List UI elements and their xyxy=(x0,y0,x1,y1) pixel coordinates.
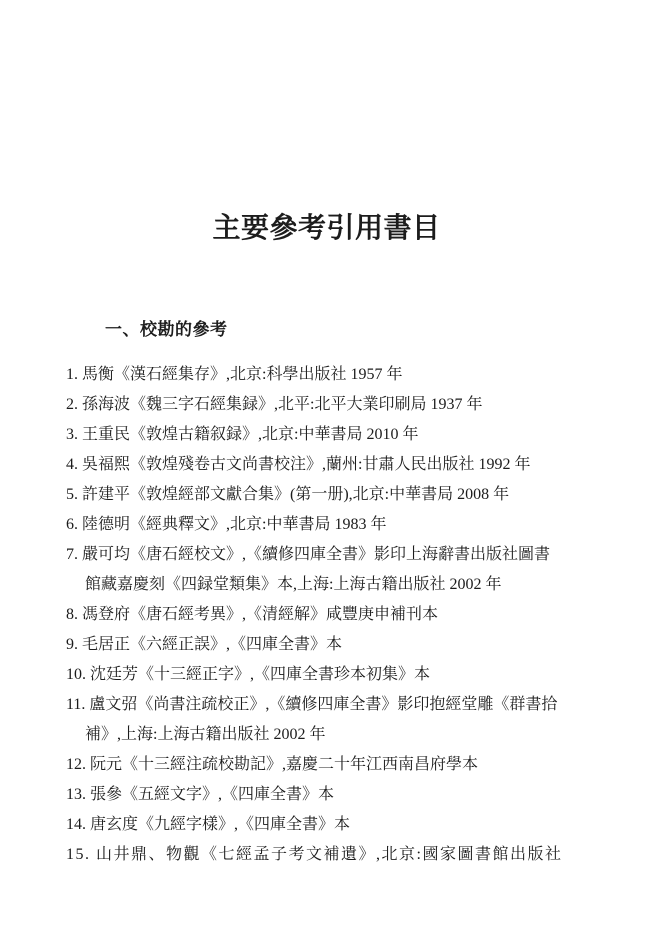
bibliography-entry-line: 11. 盧文弨《尚書注疏校正》,《續修四庫全書》影印抱經堂雕《群書拾 xyxy=(66,690,611,720)
bibliography-entry: 9. 毛居正《六經正誤》,《四庫全書》本 xyxy=(66,630,611,660)
bibliography-entry: 2. 孫海波《魏三字石經集録》,北平:北平大業印刷局 1937 年 xyxy=(66,390,611,420)
bibliography-entry-line: 6. 陸德明《經典釋文》,北京:中華書局 1983 年 xyxy=(66,510,611,540)
bibliography-entry-line: 4. 吳福熙《敦煌殘卷古文尚書校注》,蘭州:甘肅人民出版社 1992 年 xyxy=(66,450,611,480)
book-page: 主要參考引用書目 一、校勘的參考 1. 馬衡《漢石經集存》,北京:科學出版社 1… xyxy=(0,0,653,931)
bibliography-entry-line: 1. 馬衡《漢石經集存》,北京:科學出版社 1957 年 xyxy=(66,360,611,390)
bibliography-entry: 5. 許建平《敦煌經部文獻合集》(第一册),北京:中華書局 2008 年 xyxy=(66,480,611,510)
bibliography-list: 1. 馬衡《漢石經集存》,北京:科學出版社 1957 年 2. 孫海波《魏三字石… xyxy=(66,360,611,870)
bibliography-entry-line: 14. 唐玄度《九經字樣》,《四庫全書》本 xyxy=(66,810,611,840)
bibliography-entry: 12. 阮元《十三經注疏校勘記》,嘉慶二十年江西南昌府學本 xyxy=(66,750,611,780)
bibliography-entry-continuation-line: 補》,上海:上海古籍出版社 2002 年 xyxy=(66,720,611,750)
bibliography-entry: 4. 吳福熙《敦煌殘卷古文尚書校注》,蘭州:甘肅人民出版社 1992 年 xyxy=(66,450,611,480)
bibliography-entry-line: 2. 孫海波《魏三字石經集録》,北平:北平大業印刷局 1937 年 xyxy=(66,390,611,420)
bibliography-entry: 8. 馮登府《唐石經考異》,《清經解》咸豐庚申補刊本 xyxy=(66,600,611,630)
bibliography-entry: 1. 馬衡《漢石經集存》,北京:科學出版社 1957 年 xyxy=(66,360,611,390)
page-title: 主要參考引用書目 xyxy=(0,212,653,246)
bibliography-entry-line: 8. 馮登府《唐石經考異》,《清經解》咸豐庚申補刊本 xyxy=(66,600,611,630)
bibliography-entry-continuation-line: 館藏嘉慶刻《四録堂類集》本,上海:上海古籍出版社 2002 年 xyxy=(66,570,611,600)
bibliography-entry: 15. 山井鼎、物觀《七經孟子考文補遺》,北京:國家圖書館出版社 xyxy=(66,840,611,870)
bibliography-entry: 7. 嚴可均《唐石經校文》,《續修四庫全書》影印上海辭書出版社圖書 館藏嘉慶刻《… xyxy=(66,540,611,600)
bibliography-entry-line: 3. 王重民《敦煌古籍叙録》,北京:中華書局 2010 年 xyxy=(66,420,611,450)
bibliography-entry-line: 5. 許建平《敦煌經部文獻合集》(第一册),北京:中華書局 2008 年 xyxy=(66,480,611,510)
bibliography-entry-line: 7. 嚴可均《唐石經校文》,《續修四庫全書》影印上海辭書出版社圖書 xyxy=(66,540,611,570)
bibliography-entry-line: 13. 張參《五經文字》,《四庫全書》本 xyxy=(66,780,611,810)
bibliography-entry-line: 15. 山井鼎、物觀《七經孟子考文補遺》,北京:國家圖書館出版社 xyxy=(66,840,611,870)
bibliography-entry-line: 12. 阮元《十三經注疏校勘記》,嘉慶二十年江西南昌府學本 xyxy=(66,750,611,780)
bibliography-entry-line: 10. 沈廷芳《十三經正字》,《四庫全書珍本初集》本 xyxy=(66,660,611,690)
section-heading: 一、校勘的參考 xyxy=(105,318,228,342)
bibliography-entry: 14. 唐玄度《九經字樣》,《四庫全書》本 xyxy=(66,810,611,840)
bibliography-entry: 13. 張參《五經文字》,《四庫全書》本 xyxy=(66,780,611,810)
bibliography-entry: 6. 陸德明《經典釋文》,北京:中華書局 1983 年 xyxy=(66,510,611,540)
bibliography-entry: 11. 盧文弨《尚書注疏校正》,《續修四庫全書》影印抱經堂雕《群書拾 補》,上海… xyxy=(66,690,611,750)
bibliography-entry: 10. 沈廷芳《十三經正字》,《四庫全書珍本初集》本 xyxy=(66,660,611,690)
bibliography-entry-line: 9. 毛居正《六經正誤》,《四庫全書》本 xyxy=(66,630,611,660)
bibliography-entry: 3. 王重民《敦煌古籍叙録》,北京:中華書局 2010 年 xyxy=(66,420,611,450)
